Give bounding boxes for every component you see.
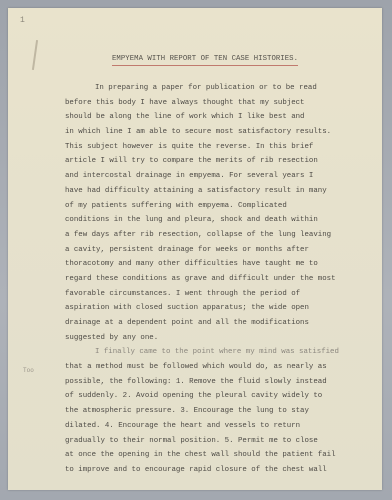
- text-line: In preparing a paper for publication or …: [65, 81, 365, 96]
- text-line: I finally came to the point where my min…: [65, 345, 365, 360]
- margin-mark: [32, 40, 38, 70]
- text-line: dilated. 4. Encourage the heart and vess…: [65, 419, 365, 434]
- text-line: a cavity, persistent drainage for weeks …: [65, 243, 365, 258]
- text-line: to improve and to encourage rapid closur…: [65, 463, 365, 478]
- text-line: and intercostal drainage in empyema. For…: [65, 169, 365, 184]
- text-line: possible, the following: 1. Remove the f…: [65, 375, 365, 390]
- text-line: a few days after rib resection, collapse…: [65, 228, 365, 243]
- text-line: have had difficulty attaining a satisfac…: [65, 184, 365, 199]
- text-line: regard these conditions as grave and dif…: [65, 272, 365, 287]
- text-line: aspiration with closed suction apparatus…: [65, 301, 365, 316]
- text-line: suggested by any one.: [65, 331, 365, 346]
- text-line: article I will try to compare the merits…: [65, 154, 365, 169]
- page-number: 1: [20, 16, 25, 25]
- text-line: of suddenly. 2. Avoid opening the pleura…: [65, 389, 365, 404]
- text-line: the atmospheric pressure. 3. Encourage t…: [65, 404, 365, 419]
- text-line: This subject however is quite the revers…: [65, 140, 365, 155]
- text-line: favorable circumstances. I went through …: [65, 287, 365, 302]
- text-line: of my patients suffering with empyema. C…: [65, 199, 365, 214]
- text-line: thoracotomy and many other difficulties …: [65, 257, 365, 272]
- margin-note: Too: [23, 367, 34, 374]
- document-body: In preparing a paper for publication or …: [65, 81, 365, 478]
- document-title: EMPYEMA WITH REPORT OF TEN CASE HISTORIE…: [112, 54, 298, 66]
- text-line: gradually to their normal position. 5. P…: [65, 434, 365, 449]
- text-line: before this body I have always thought t…: [65, 96, 365, 111]
- text-line: at once the opening in the chest wall sh…: [65, 448, 365, 463]
- text-line: that a method must be followed which wou…: [65, 360, 365, 375]
- document-page: 1 EMPYEMA WITH REPORT OF TEN CASE HISTOR…: [8, 8, 382, 490]
- text-line: should be along the line of work which I…: [65, 110, 365, 125]
- text-line: conditions in the lung and pleura, shock…: [65, 213, 365, 228]
- text-line: in which line I am able to secure most s…: [65, 125, 365, 140]
- text-line: drainage at a dependent point and all th…: [65, 316, 365, 331]
